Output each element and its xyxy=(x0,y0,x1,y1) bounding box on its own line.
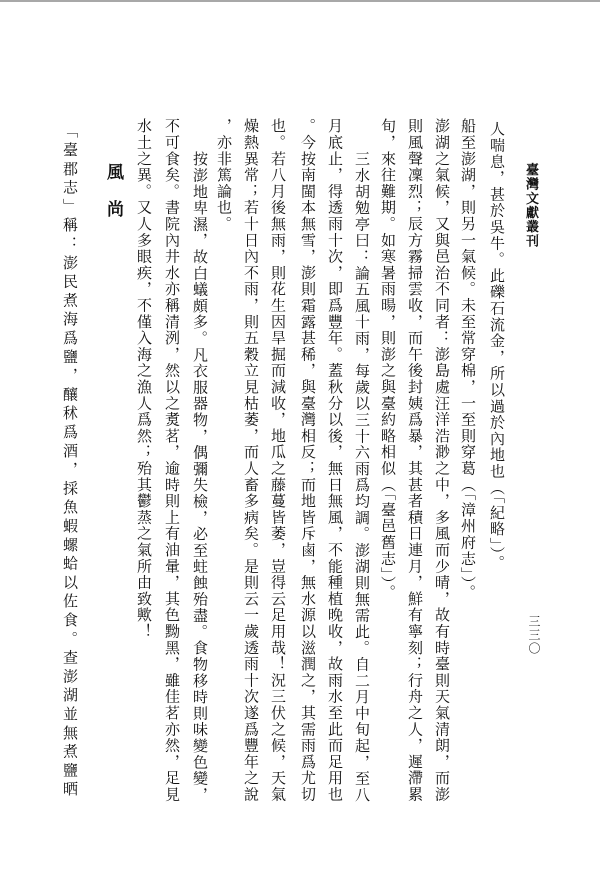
text-column: 「臺郡志」稱：澎民煮海爲鹽，釀秫爲酒，採魚蝦螺蛤以佐食。查澎湖並無煮鹽晒 xyxy=(62,123,78,800)
series-title: 臺灣文獻叢刊 xyxy=(523,163,537,248)
text-column: 澎湖之氣候，又與邑治不同者：澎島處汪洋浩渺之中，多風而少晴，故有時臺則天氣清朗，… xyxy=(434,118,450,803)
text-column: 燥熱異常；若十日內不雨，則五穀立見枯萎，而人畜多病矣。是則云一歲透雨十次遂爲豐年… xyxy=(243,118,259,803)
text-column: 則風聲凜烈；辰方霧掃雲收，而午後封姨爲暴，其甚者積日連月，鮮有寧刻；行舟之人，遲… xyxy=(407,118,423,803)
text-column: 水土之異。又人多眼疾，不僅入海之漁人爲然；殆其鬱蒸之氣所由致歟！ xyxy=(136,118,152,640)
text-column: 。今按南閩本無雪，澎則霜露甚稀，與臺灣相反；而地皆斥鹵，無水源以滋潤之，其需雨爲… xyxy=(300,118,316,803)
text-column: ，亦非篤論也。 xyxy=(216,118,232,232)
text-column: 也。若八月後無雨，則花生因旱掘而減收，地瓜之藤蔓皆萎，豈得云足用哉！況三伏之候，… xyxy=(270,118,286,803)
text-column: 不可食矣。書院內井水亦稱清洌，然以之煑茗，逾時則上有油暈，其色黝黑，雖佳茗亦然，… xyxy=(164,118,180,803)
text-column-paragraph-start: 三水胡勉亭曰：論五風十雨，每歲以三十六雨爲均調。澎湖則無需此。自二月中旬起，至八 xyxy=(354,118,370,803)
section-heading: 風尚 xyxy=(104,163,122,237)
text-column: 船至澎湖，則另一氣候。未至常穿棉，一至則穿葛（「漳州府志」）。 xyxy=(460,118,476,601)
text-column: 月底止，得透雨十次，即爲豐年。蓋秋分以後，無日無風，不能種植晚收，故雨水至此而足… xyxy=(327,118,343,803)
page-number: 三三〇 xyxy=(527,615,540,656)
text-column: 人喘息，甚於吳牛。此礫石流金，所以過於內地也（「紀略」）。 xyxy=(489,121,505,571)
text-column: 旬，來往難期。如寒暑雨暘，則澎之與臺約略相似（「臺邑舊志」）。 xyxy=(380,118,396,601)
top-edge-rule xyxy=(0,0,600,2)
text-column-paragraph-start: 按澎地卑濕，故白蟻頗多。凡衣服器物，偶彌失檢，必至蛀蝕殆盡。食物移時則味變色變， xyxy=(192,118,208,803)
